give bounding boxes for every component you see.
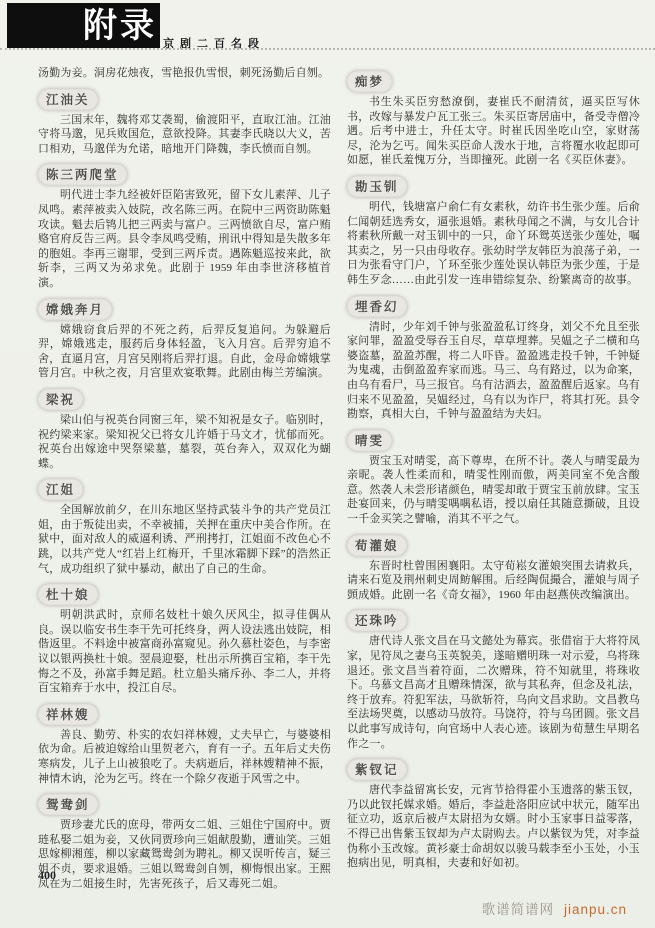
header-rule (0, 48, 655, 50)
entry: 晴雯贾宝玉对晴雯，高下尊卑，在所不计。袭人与晴雯最为亲昵。袭人性柔而和，晴雯性刚… (347, 425, 640, 527)
left-column: 汤勤为妾。洞房花烛夜，雪艳报仇雪恨，刺死汤勤后自刎。江油关三国末年，魏将邓艾袭蜀… (38, 66, 331, 894)
entry-text: 东晋时杜曾围困襄阳。太守荀崧女灌娘突围去请救兵，请来石览及荆州刺史周鲂解围。后经… (347, 559, 640, 603)
entry-text: 明朝洪武时，京师名妓杜十娘久厌风尘，拟寻佳偶从良。误以临安书生李干先可托终身，两… (38, 608, 331, 696)
watermark-url: jianpu.cn (564, 902, 627, 917)
entry-text: 善良、勤劳、朴实的农妇祥林嫂，丈夫早亡，与婆婆相依为命。后被迫嫁给山里贺老六，育… (38, 728, 331, 786)
entry: 勘玉钏明代，钱塘富户俞仁有女素秋，幼许书生张少莲。后俞仁闻朝廷选秀女，逼张退婚。… (347, 171, 640, 288)
entry-heading: 鸳鸯剑 (38, 794, 98, 815)
entry: 祥林嫂善良、勤劳、朴实的农妇祥林嫂，丈夫早亡，与婆婆相依为命。后被迫嫁给山里贺老… (38, 699, 331, 786)
entry-heading: 江油关 (38, 89, 98, 110)
entry-heading: 祥林嫂 (38, 704, 98, 725)
page-number: 400 (38, 868, 56, 883)
entry-text: 唐代诗人张文昌在马文懿处为幕宾。张借宿于大将符凤家，见符凤之妻乌玉英貌美，遂暗赠… (347, 634, 640, 751)
entry: 荀灌娘东晋时杜曾围困襄阳。太守荀崧女灌娘突围去请救兵，请来石览及荆州刺史周鲂解围… (347, 530, 640, 603)
entry: 江油关三国末年，魏将邓艾袭蜀，偷渡阳平，直取江油。江油守将马邈，见兵败国危，意欲… (38, 84, 331, 157)
entry: 汤勤为妾。洞房花烛夜，雪艳报仇雪恨，刺死汤勤后自刎。 (38, 66, 331, 81)
watermark: 歌谱简谱网 jianpu.cn (482, 898, 627, 918)
entry-text: 书生朱买臣穷愁潦倒，妻崔氏不耐清贫，逼买臣写休书，改嫁与暴发户瓦工张三。朱买臣寄… (347, 95, 640, 168)
entry-text: 全国解放前夕，在川东地区坚持武装斗争的共产党员江姐，由于叛徒出卖，不幸被捕，关押… (38, 503, 331, 576)
book-page: 附录 京剧二百名段 汤勤为妾。洞房花烛夜，雪艳报仇雪恨，刺死汤勤后自刎。江油关三… (0, 0, 655, 928)
entry: 江姐全国解放前夕，在川东地区坚持武装斗争的共产党员江姐，由于叛徒出卖，不幸被捕，… (38, 474, 331, 576)
entry-heading: 杜十娘 (38, 584, 98, 605)
entry-text: 明代，钱塘富户俞仁有女素秋，幼许书生张少莲。后俞仁闻朝廷选秀女，逼张退婚。素秋母… (347, 200, 640, 288)
entry: 梁祝梁山伯与祝英台同窗三年，梁不知祝是女子。临别时，祝约梁来家。梁知祝父已将女儿… (38, 384, 331, 471)
entry-text: 梁山伯与祝英台同窗三年，梁不知祝是女子。临别时，祝约梁来家。梁知祝父已将女儿许婚… (38, 413, 331, 471)
entry-text: 贾珍妻尤氏的庶母，带两女二姐、三姐住宁国府中。贾琏私娶二姐为妾，又伙同贾珍向三姐… (38, 818, 331, 891)
entry-heading: 梁祝 (38, 389, 83, 410)
entry: 鸳鸯剑贾珍妻尤氏的庶母，带两女二姐、三姐住宁国府中。贾琏私娶二姐为妾，又伙同贾珍… (38, 789, 331, 891)
entry: 紫钗记唐代李益留寓长安，元宵节拾得霍小玉遗落的紫玉钗，乃以此钗托媒求婚。婚后，李… (347, 754, 640, 871)
content-columns: 汤勤为妾。洞房花烛夜，雪艳报仇雪恨，刺死汤勤后自刎。江油关三国末年，魏将邓艾袭蜀… (38, 66, 640, 894)
entry-heading: 勘玉钏 (347, 176, 407, 197)
entry: 埋香幻清时，少年刘千钟与张盈盈私订终身，刘父不允且至张家问罪，盈盈受辱吞玉自尽，… (347, 291, 640, 422)
entry-heading: 紫钗记 (347, 759, 407, 780)
entry-text: 三国末年，魏将邓艾袭蜀，偷渡阳平，直取江油。江油守将马邈，见兵败国危，意欲投降。… (38, 113, 331, 157)
entry-heading: 荀灌娘 (347, 535, 407, 556)
entry: 痴梦书生朱买臣穷愁潦倒，妻崔氏不耐清贫，逼买臣写休书，改嫁与暴发户瓦工张三。朱买… (347, 66, 640, 168)
appendix-title: 附录 (83, 0, 157, 47)
entry: 杜十娘明朝洪武时，京师名妓杜十娘久厌风尘，拟寻佳偶从良。误以临安书生李干先可托终… (38, 579, 331, 696)
entry-heading: 嫦娥奔月 (38, 299, 112, 320)
entry: 嫦娥奔月嫦娥窃食后羿的不死之药，后羿反复追问。为躲避后羿，嫦娥逃走，服药后身体轻… (38, 294, 331, 381)
entry: 还珠吟唐代诗人张文昌在马文懿处为幕宾。张借宿于大将符凤家，见符凤之妻乌玉英貌美，… (347, 605, 640, 751)
entry-heading: 江姐 (38, 479, 83, 500)
appendix-banner: 附录 (7, 3, 160, 48)
watermark-site-name: 歌谱简谱网 (482, 902, 555, 917)
right-column: 痴梦书生朱买臣穷愁潦倒，妻崔氏不耐清贫，逼买臣写休书，改嫁与暴发户瓦工张三。朱买… (347, 66, 640, 894)
entry-text: 清时，少年刘千钟与张盈盈私订终身，刘父不允且至张家问罪，盈盈受辱吞玉自尽，草草埋… (347, 320, 640, 422)
entry-text: 汤勤为妾。洞房花烛夜，雪艳报仇雪恨，刺死汤勤后自刎。 (38, 66, 331, 81)
entry-heading: 陈三两爬堂 (38, 164, 127, 185)
entry-text: 贾宝玉对晴雯，高下尊卑，在所不计。袭人与晴雯最为亲昵。袭人性柔而和，晴雯性刚而傲… (347, 454, 640, 527)
entry-heading: 晴雯 (347, 430, 392, 451)
entry-heading: 痴梦 (347, 71, 392, 92)
entry-heading: 还珠吟 (347, 610, 407, 631)
entry-text: 嫦娥窃食后羿的不死之药，后羿反复追问。为躲避后羿，嫦娥逃走，服药后身体轻盈，飞入… (38, 323, 331, 381)
entry-text: 明代进士李九经被奸臣陷害致死，留下女儿素萍、儿子凤鸣。素萍被卖入妓院，改名陈三两… (38, 188, 331, 290)
entry: 陈三两爬堂明代进士李九经被奸臣陷害致死，留下女儿素萍、儿子凤鸣。素萍被卖入妓院，… (38, 159, 331, 290)
entry-heading: 埋香幻 (347, 296, 407, 317)
entry-text: 唐代李益留寓长安，元宵节拾得霍小玉遗落的紫玉钗，乃以此钗托媒求婚。婚后，李益赴洛… (347, 783, 640, 871)
